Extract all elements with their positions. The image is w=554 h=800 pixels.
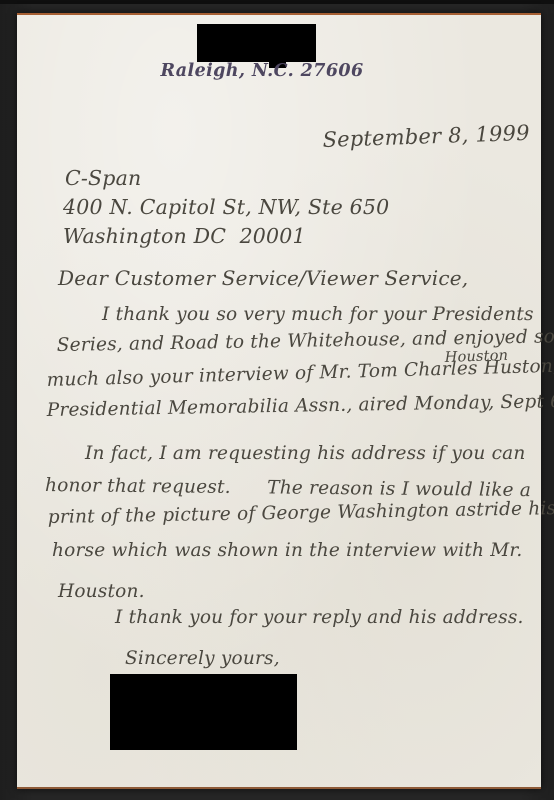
body-line: Presidential Memorabilia Assn., aired Mo… — [47, 390, 554, 421]
scan-edge-strip — [0, 0, 554, 4]
recipient-street: 400 N. Capitol St, NW, Ste 650 — [63, 195, 389, 219]
date-line: September 8, 1999 — [322, 121, 530, 152]
body-line: I thank you so very much for your Presid… — [102, 304, 534, 325]
salutation: Dear Customer Service/Viewer Service, — [58, 266, 468, 290]
body-line: much also your interview of Mr. Tom Char… — [46, 355, 554, 391]
body-line: I thank you for your reply and his addre… — [115, 607, 524, 628]
recipient-city: Washington DC 20001 — [63, 224, 306, 248]
body-line: honor that request. The reason is I woul… — [45, 475, 531, 501]
letter-page: Raleigh, N.C. 27606 September 8, 1999 C-… — [17, 13, 541, 789]
body-line: print of the picture of George Washingto… — [48, 498, 554, 528]
redaction-box-letterhead — [197, 24, 316, 62]
body-line: horse which was shown in the interview w… — [52, 540, 522, 561]
body-line: Houston. — [58, 581, 145, 602]
body-line: In fact, I am requesting his address if … — [85, 443, 525, 464]
redaction-box-signature — [110, 674, 297, 750]
closing-line: Sincerely yours, — [125, 648, 280, 669]
letterhead-city-line: Raleigh, N.C. 27606 — [160, 61, 363, 81]
recipient-name: C-Span — [65, 166, 141, 190]
scanned-letter-background: Raleigh, N.C. 27606 September 8, 1999 C-… — [0, 0, 554, 800]
